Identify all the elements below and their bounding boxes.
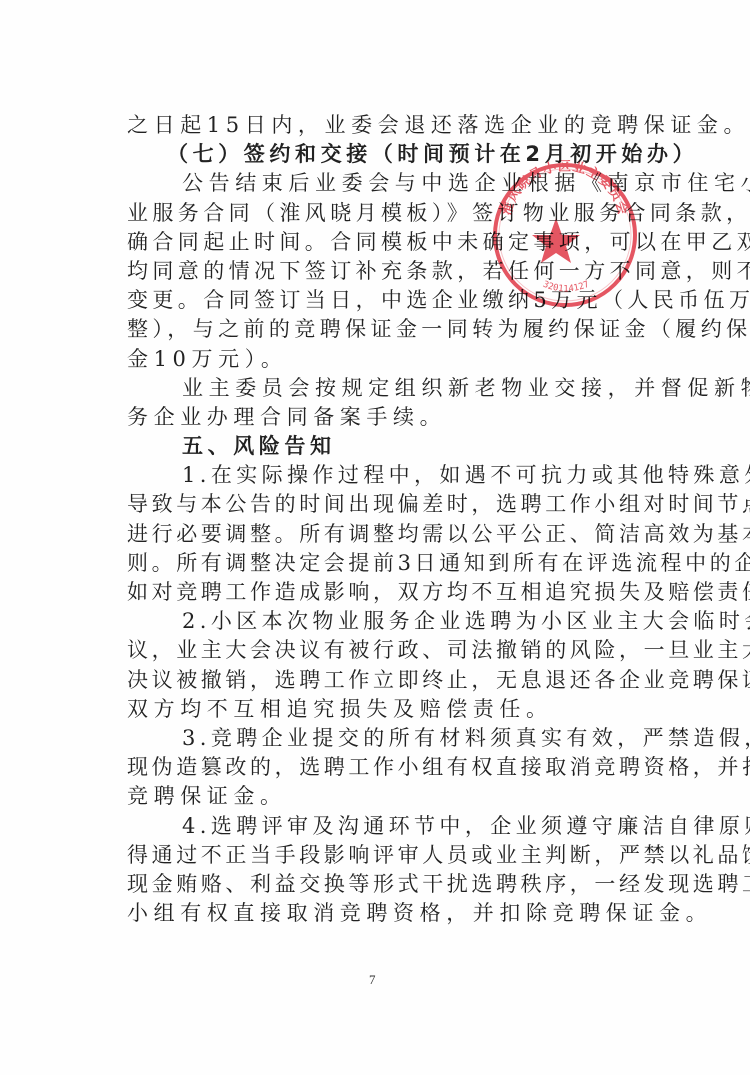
text-line: 之日起15日内，业委会退还落选企业的竞聘保证金。 xyxy=(127,111,631,140)
text-line: 则。所有调整决定会提前3日通知到所有在评选流程中的企业， xyxy=(127,549,631,578)
text-line: 导致与本公告的时间出现偏差时，选聘工作小组对时间节点可 xyxy=(127,490,631,519)
text-line: 议，业主大会决议有被行政、司法撤销的风险，一旦业主大会 xyxy=(127,636,631,665)
text-line: 变更。合同签订当日，中选企业缴纳5万元（人民币伍万元 xyxy=(127,286,631,315)
text-line: 2.小区本次物业服务企业选聘为小区业主大会临时会议决 xyxy=(127,607,631,636)
text-line: 公告结束后业委会与中选企业根据《南京市住宅小区物 xyxy=(127,169,631,198)
page-number: 7 xyxy=(369,972,376,988)
text-line: 4.选聘评审及沟通环节中，企业须遵守廉洁自律原则，不 xyxy=(127,812,631,841)
text-line: 业服务合同（淮风晓月模板）》签订物业服务合同条款，明 xyxy=(127,199,631,228)
text-line: 3.竞聘企业提交的所有材料须真实有效，严禁造假，若发 xyxy=(127,724,631,753)
text-line: 现伪造篡改的，选聘工作小组有权直接取消竞聘资格，并扣除 xyxy=(127,753,631,782)
text-line: 进行必要调整。所有调整均需以公平公正、简洁高效为基本原 xyxy=(127,520,631,549)
text-line: 决议被撤销，选聘工作立即终止，无息退还各企业竞聘保证金， xyxy=(127,666,631,695)
text-line: 如对竞聘工作造成影响，双方均不互相追究损失及赔偿责任。 xyxy=(127,578,631,607)
section-heading-risk-notice: 五、风险告知 xyxy=(127,432,631,461)
document-page: 之日起15日内，业委会退还落选企业的竞聘保证金。 （七）签约和交接（时间预计在2… xyxy=(0,0,750,1075)
text-line: 现金贿赂、利益交换等形式干扰选聘秩序，一经发现选聘工作 xyxy=(127,870,631,899)
text-line: 双方均不互相追究损失及赔偿责任。 xyxy=(127,695,631,724)
text-line: 务企业办理合同备案手续。 xyxy=(127,403,631,432)
text-line: 竞聘保证金。 xyxy=(127,782,631,811)
document-body: 之日起15日内，业委会退还落选企业的竞聘保证金。 （七）签约和交接（时间预计在2… xyxy=(127,111,631,928)
text-line: 金10万元）。 xyxy=(127,345,631,374)
text-line: 得通过不正当手段影响评审人员或业主判断，严禁以礼品馈赠、 xyxy=(127,841,631,870)
section-subheading-signing: （七）签约和交接（时间预计在2月初开始办） xyxy=(127,140,631,169)
text-line: 整），与之前的竞聘保证金一同转为履约保证金（履约保证 xyxy=(127,315,631,344)
text-line: 业主委员会按规定组织新老物业交接，并督促新物业服 xyxy=(127,374,631,403)
text-line: 确合同起止时间。合同模板中未确定事项，可以在甲乙双方 xyxy=(127,228,631,257)
text-line: 小组有权直接取消竞聘资格，并扣除竞聘保证金。 xyxy=(127,899,631,928)
text-line: 均同意的情况下签订补充条款，若任何一方不同意，则不再 xyxy=(127,257,631,286)
text-line: 1.在实际操作过程中，如遇不可抗力或其他特殊意外情况 xyxy=(127,461,631,490)
